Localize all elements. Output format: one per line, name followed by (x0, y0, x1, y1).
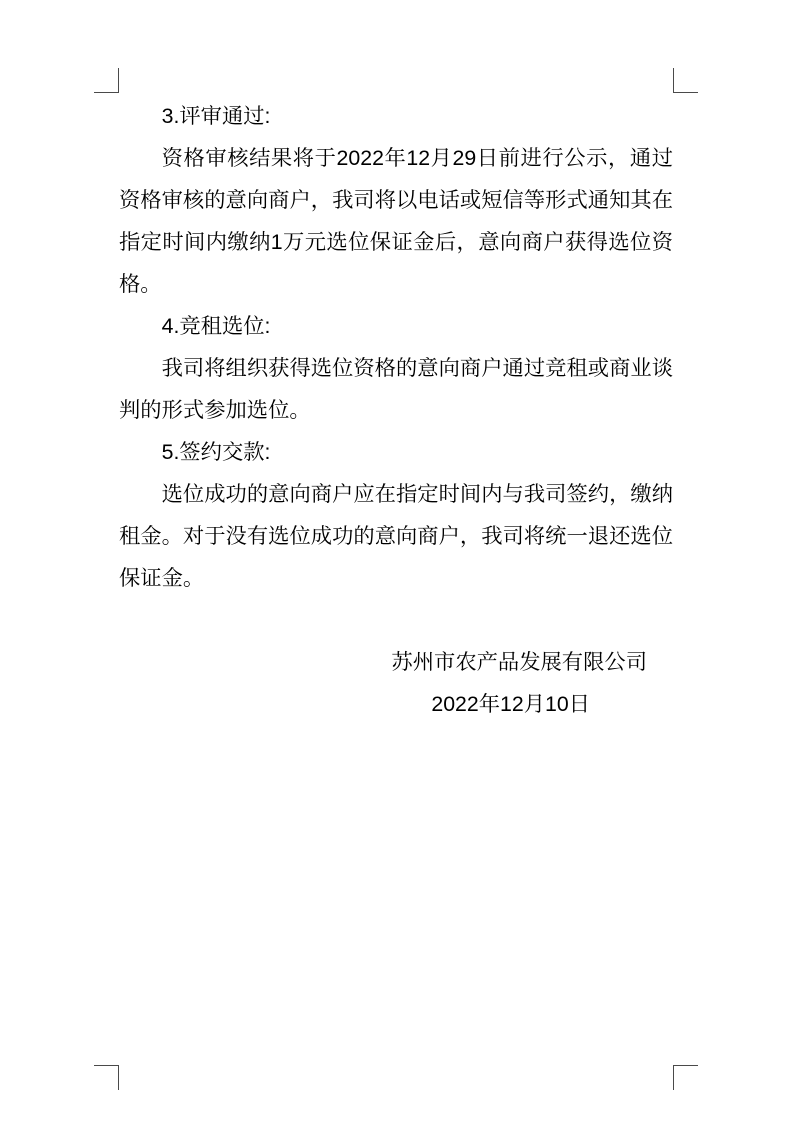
margin-corner-mark-bottom-left (94, 1065, 119, 1090)
paragraph-review-passed: 资格审核结果将于2022年12月29日前进行公示，通过资格审核的意向商户，我司将… (119, 137, 673, 305)
document-page: { "page": { "background_color": "#ffffff… (0, 0, 794, 1123)
company-signature: 苏州市农产品发展有限公司 (119, 641, 673, 683)
paragraph-bidding: 我司将组织获得选位资格的意向商户通过竞租或商业谈判的形式参加选位。 (119, 347, 673, 431)
margin-corner-mark-top-right (673, 68, 698, 93)
paragraph-signing: 选位成功的意向商户应在指定时间内与我司签约，缴纳租金。对于没有选位成功的意向商户… (119, 473, 673, 599)
section-heading-review-passed: 3.评审通过: (119, 95, 673, 137)
margin-corner-mark-top-left (94, 68, 119, 93)
document-content: 3.评审通过: 资格审核结果将于2022年12月29日前进行公示，通过资格审核的… (119, 95, 673, 725)
blank-line (119, 599, 673, 641)
section-heading-bidding: 4.竞租选位: (119, 305, 673, 347)
section-heading-signing: 5.签约交款: (119, 431, 673, 473)
margin-corner-mark-bottom-right (673, 1065, 698, 1090)
signature-date: 2022年12月10日 (119, 683, 673, 725)
